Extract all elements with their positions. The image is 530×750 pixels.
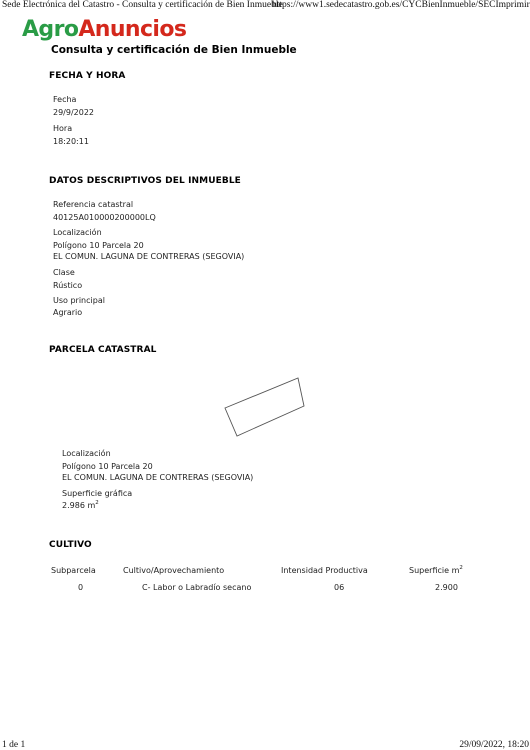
- superficie-grafica-value: 2.986 m2: [62, 499, 99, 513]
- referencia-value: 40125A010000200000LQ: [53, 211, 156, 225]
- localizacion-label: Localización: [53, 226, 102, 240]
- referencia-label: Referencia catastral: [53, 198, 133, 212]
- print-datetime: 29/09/2022, 18:20: [459, 740, 529, 750]
- hora-label: Hora: [53, 122, 72, 136]
- cell-superficie: 2.900: [435, 583, 458, 592]
- print-url: https://www1.sedecatastro.gob.es/CYCBien…: [272, 0, 530, 10]
- fecha-value: 29/9/2022: [53, 106, 94, 120]
- section-heading-parcela: PARCELA CATASTRAL: [49, 345, 156, 355]
- section-heading-datos: DATOS DESCRIPTIVOS DEL INMUEBLE: [49, 176, 241, 186]
- clase-label: Clase: [53, 266, 75, 280]
- section-heading-cultivo: CULTIVO: [49, 540, 92, 550]
- cell-intensidad: 06: [334, 583, 344, 592]
- column-header-intensidad: Intensidad Productiva: [281, 566, 368, 575]
- cell-cultivo: C- Labor o Labradío secano: [142, 583, 251, 592]
- hora-value: 18:20:11: [53, 135, 89, 149]
- parcela-localizacion-label: Localización: [62, 447, 111, 461]
- logo-anuncios: Anuncios: [78, 17, 186, 42]
- uso-value: Agrario: [53, 306, 82, 320]
- page-counter: 1 de 1: [2, 740, 25, 750]
- clase-value: Rústico: [53, 279, 82, 293]
- print-footer: 1 de 1 29/09/2022, 18:20: [0, 740, 530, 750]
- localizacion-line2: EL COMUN. LAGUNA DE CONTRERAS (SEGOVIA): [53, 250, 244, 264]
- document-title: Consulta y certificación de Bien Inmuebl…: [51, 44, 297, 56]
- parcel-outline-icon: [220, 372, 312, 442]
- print-header: Sede Electrónica del Catastro - Consulta…: [0, 0, 530, 12]
- parcela-localizacion-line2: EL COMUN. LAGUNA DE CONTRERAS (SEGOVIA): [62, 471, 253, 485]
- cell-subparcela: 0: [78, 583, 83, 592]
- logo-agro: Agro: [22, 17, 78, 42]
- fecha-label: Fecha: [53, 93, 76, 107]
- column-header-superficie: Superficie m2: [409, 566, 463, 575]
- column-header-subparcela: Subparcela: [51, 566, 96, 575]
- print-page-title: Sede Electrónica del Catastro - Consulta…: [2, 0, 283, 10]
- column-header-cultivo: Cultivo/Aprovechamiento: [123, 566, 224, 575]
- agroanuncios-logo: AgroAnuncios: [22, 17, 186, 42]
- section-heading-fecha-hora: FECHA Y HORA: [49, 71, 125, 81]
